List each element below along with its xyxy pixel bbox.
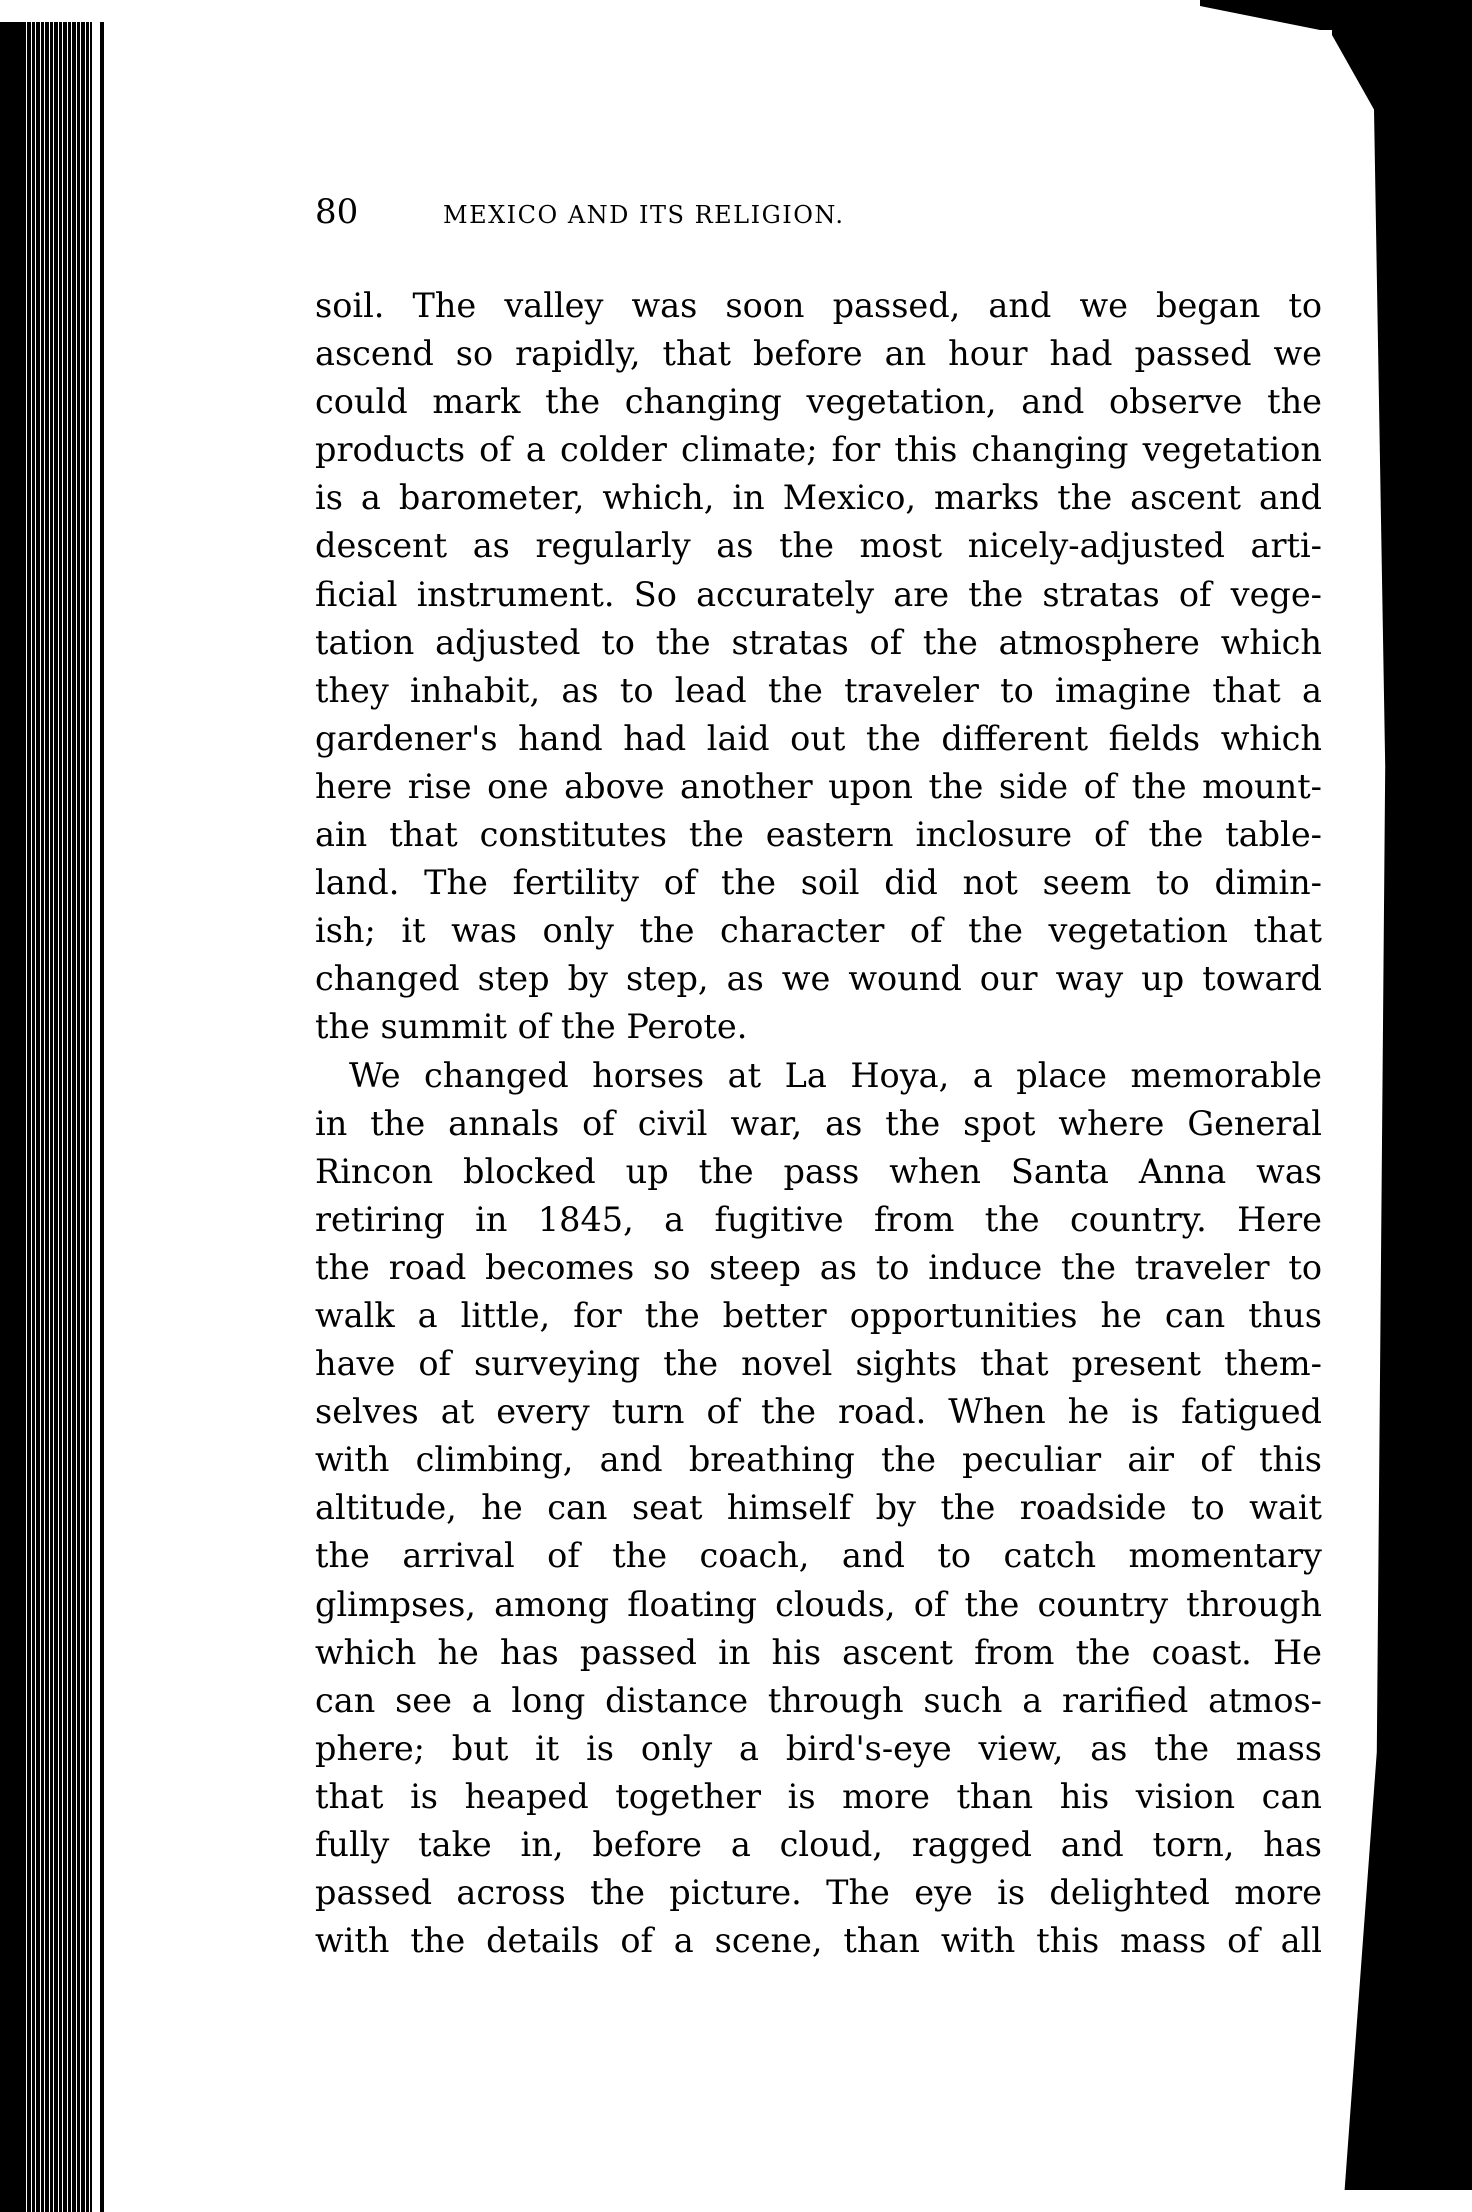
binding-gap [92, 22, 100, 2212]
text-line: altitude, he can seat himself by the roa… [315, 1484, 1322, 1532]
text-line: land. The fertility of the soil did not … [315, 859, 1322, 907]
text-line: products of a colder climate; for this c… [315, 426, 1322, 474]
paragraph-1: soil. The valley was soon passed, and we… [315, 282, 1322, 1052]
text-line: the summit of the Perote. [315, 1003, 1322, 1051]
text-line: the arrival of the coach, and to catch m… [315, 1532, 1322, 1580]
text-line: retiring in 1845, a fugitive from the co… [315, 1196, 1322, 1244]
text-line: is a barometer, which, in Mexico, marks … [315, 474, 1322, 522]
text-line: have of surveying the novel sights that … [315, 1340, 1322, 1388]
text-line: here rise one above another upon the sid… [315, 763, 1322, 811]
text-line: We changed horses at La Hoya, a place me… [315, 1052, 1322, 1100]
binding-rule [100, 22, 104, 2212]
text-line: selves at every turn of the road. When h… [315, 1388, 1322, 1436]
text-line: glimpses, among floating clouds, of the … [315, 1581, 1322, 1629]
text-line: ain that constitutes the eastern inclosu… [315, 811, 1322, 859]
running-head: 80 MEXICO AND ITS RELIGION. [315, 192, 1315, 242]
stray-ink-mark [1458, 205, 1470, 208]
text-line: gardener's hand had laid out the differe… [315, 715, 1322, 763]
text-line: tation adjusted to the stratas of the at… [315, 619, 1322, 667]
text-line: soil. The valley was soon passed, and we… [315, 282, 1322, 330]
text-line: Rincon blocked up the pass when Santa An… [315, 1148, 1322, 1196]
body-text: soil. The valley was soon passed, and we… [315, 282, 1322, 1965]
text-line: passed across the picture. The eye is de… [315, 1869, 1322, 1917]
text-line: which he has passed in his ascent from t… [315, 1629, 1322, 1677]
text-line: that is heaped together is more than his… [315, 1773, 1322, 1821]
text-line: could mark the changing vegetation, and … [315, 378, 1322, 426]
text-line: with climbing, and breathing the peculia… [315, 1436, 1322, 1484]
book-binding-shadow [0, 22, 24, 2212]
text-line: can see a long distance through such a r… [315, 1677, 1322, 1725]
paragraph-2: We changed horses at La Hoya, a place me… [315, 1052, 1322, 1966]
text-line: in the annals of civil war, as the spot … [315, 1100, 1322, 1148]
text-line: fully take in, before a cloud, ragged an… [315, 1821, 1322, 1869]
text-line: phere; but it is only a bird's-eye view,… [315, 1725, 1322, 1773]
text-line: ascend so rapidly, that before an hour h… [315, 330, 1322, 378]
text-line: ish; it was only the character of the ve… [315, 907, 1322, 955]
top-page-edge-shadow [1200, 0, 1400, 30]
text-line: they inhabit, as to lead the traveler to… [315, 667, 1322, 715]
page-number: 80 [315, 192, 358, 232]
text-line: ficial instrument. So accurately are the… [315, 571, 1322, 619]
right-page-edge-shadow [1332, 0, 1472, 2190]
text-line: the road becomes so steep as to induce t… [315, 1244, 1322, 1292]
text-line: changed step by step, as we wound our wa… [315, 955, 1322, 1003]
text-line: descent as regularly as the most nicely-… [315, 522, 1322, 570]
running-title: MEXICO AND ITS RELIGION. [443, 198, 845, 232]
text-line: with the details of a scene, than with t… [315, 1917, 1322, 1965]
text-line: walk a little, for the better opportunit… [315, 1292, 1322, 1340]
